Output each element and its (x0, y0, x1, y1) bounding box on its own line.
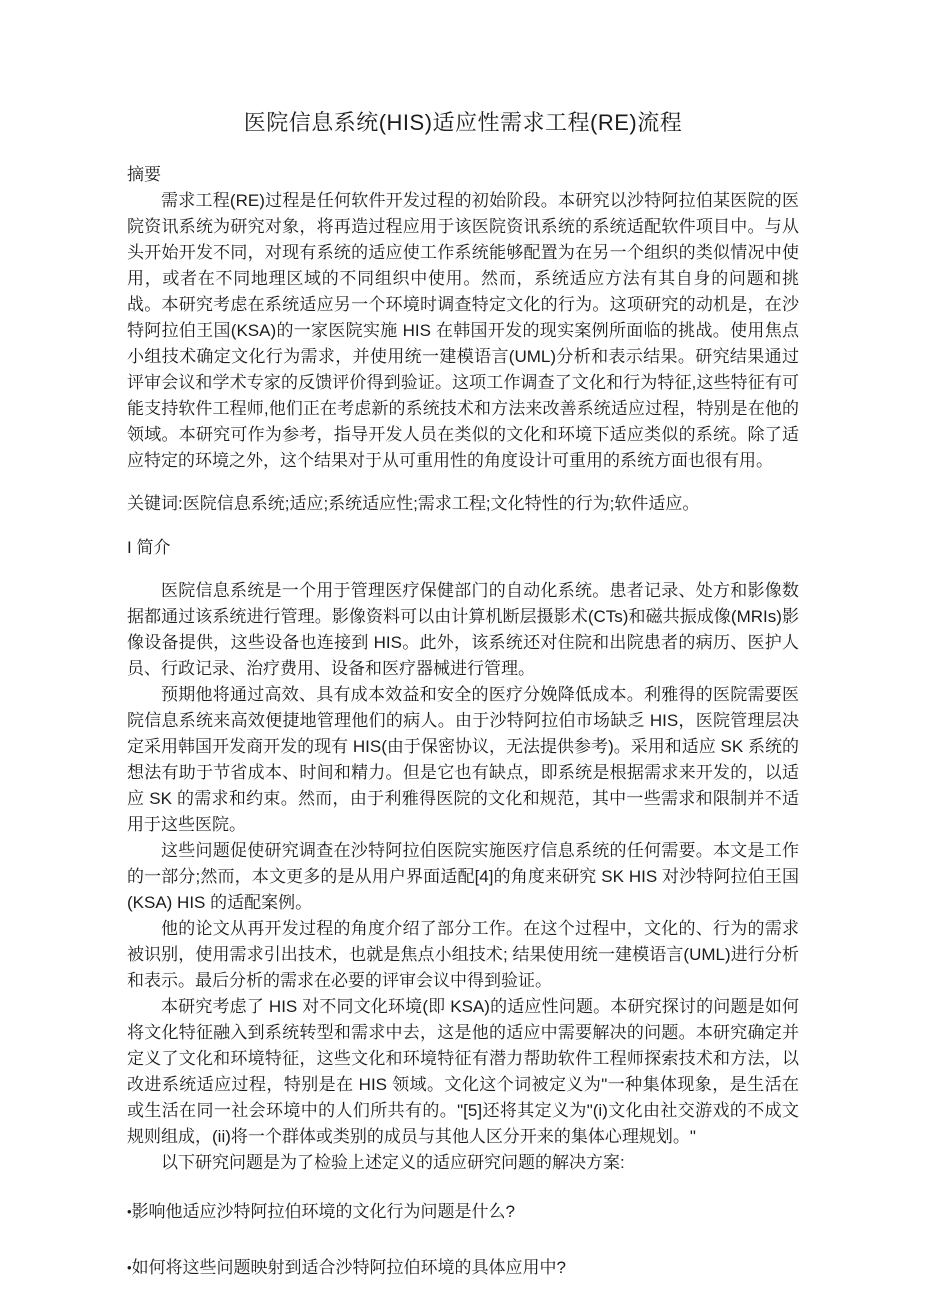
research-question-text-1: 影响他适应沙特阿拉伯环境的文化行为问题是什么? (132, 1202, 515, 1221)
document-page: 医院信息系统(HIS)适应性需求工程(RE)流程 摘要 需求工程(RE)过程是任… (0, 0, 926, 1309)
research-questions-intro: 以下研究问题是为了检验上述定义的适应研究问题的解决方案: (127, 1150, 799, 1176)
intro-paragraph-3: 这些问题促使研究调查在沙特阿拉伯医院实施医疗信息系统的任何需要。本文是工作的一部… (127, 838, 799, 916)
intro-paragraph-5: 本研究考虑了 HIS 对不同文化环境(即 KSA)的适应性问题。本研究探讨的问题… (127, 994, 799, 1150)
intro-paragraph-4: 他的论文从再开发过程的角度介绍了部分工作。在这个过程中，文化的、行为的需求被识别… (127, 916, 799, 994)
research-question-text-2: 如何将这些问题映射到适合沙特阿拉伯环境的具体应用中? (132, 1258, 566, 1277)
document-content: 医院信息系统(HIS)适应性需求工程(RE)流程 摘要 需求工程(RE)过程是任… (127, 0, 799, 1281)
abstract-heading: 摘要 (127, 162, 799, 188)
intro-paragraph-2: 预期他将通过高效、具有成本效益和安全的医疗分娩降低成本。利雅得的医院需要医院信息… (127, 682, 799, 838)
abstract-body: 需求工程(RE)过程是任何软件开发过程的初始阶段。本研究以沙特阿拉伯某医院的医院… (127, 188, 799, 474)
research-question-item-1: •影响他适应沙特阿拉伯环境的文化行为问题是什么? (127, 1199, 799, 1225)
section-heading-introduction: I 简介 (127, 535, 799, 561)
paper-title: 医院信息系统(HIS)适应性需求工程(RE)流程 (127, 108, 799, 138)
intro-paragraph-1: 医院信息系统是一个用于管理医疗保健部门的自动化系统。患者记录、处方和影像数据都通… (127, 578, 799, 682)
keywords-line: 关键词:医院信息系统;适应;系统适应性;需求工程;文化特性的行为;软件适应。 (127, 491, 799, 517)
research-question-item-2: •如何将这些问题映射到适合沙特阿拉伯环境的具体应用中? (127, 1255, 799, 1281)
